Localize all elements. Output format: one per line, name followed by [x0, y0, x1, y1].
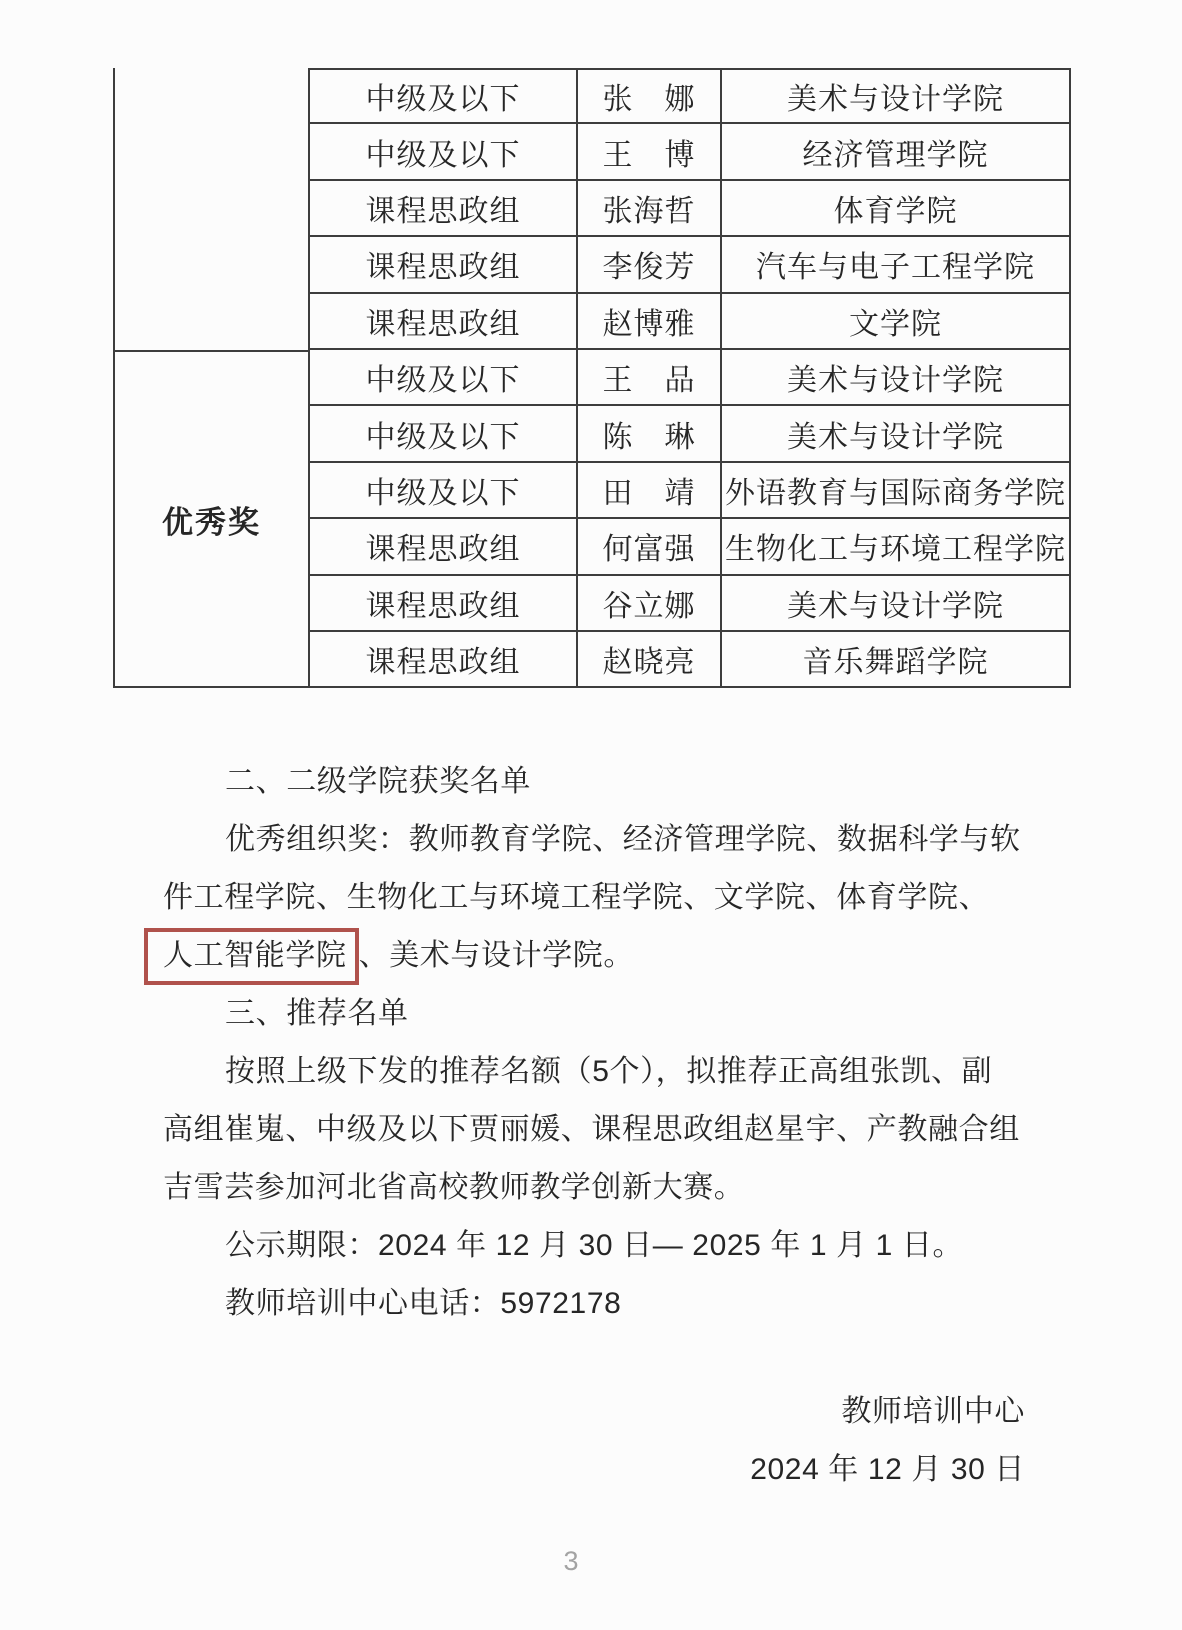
recommend-line-3: 吉雪芸参加河北省高校教师教学创新大赛。 — [163, 1159, 1025, 1217]
group-cell: 中级及以下 — [310, 124, 578, 180]
signature-date: 2024 年 12 月 30 日 — [750, 1441, 1025, 1499]
college-cell: 生物化工与环境工程学院 — [722, 519, 1071, 575]
group-cell: 中级及以下 — [310, 406, 578, 462]
award-category-cell-empty — [113, 68, 310, 350]
org-award-line-1: 优秀组织奖：教师教育学院、经济管理学院、数据科学与软 — [163, 811, 1025, 869]
college-cell: 文学院 — [722, 294, 1071, 350]
award-category-label: 优秀奖 — [162, 497, 261, 542]
name-cell: 赵博雅 — [578, 294, 722, 350]
college-cell: 汽车与电子工程学院 — [722, 237, 1071, 293]
name-cell: 田 靖 — [578, 463, 722, 519]
name-cell: 张 娜 — [578, 68, 722, 124]
phone-line: 教师培训中心电话：5972178 — [163, 1275, 1025, 1333]
highlighted-college-red-box: 人工智能学院 — [144, 928, 359, 985]
group-cell: 课程思政组 — [310, 237, 578, 293]
recommend-line-2: 高组崔嵬、中级及以下贾丽媛、课程思政组赵星宇、产教融合组 — [163, 1101, 1025, 1159]
award-category-cell: 优秀奖 — [113, 350, 310, 688]
name-cell: 陈 琳 — [578, 406, 722, 462]
college-cell: 美术与设计学院 — [722, 350, 1071, 406]
org-award-line-3-rest: 、美术与设计学院。 — [359, 939, 634, 972]
table-row: 中级及以下 张 娜 美术与设计学院 — [310, 68, 1071, 124]
group-cell: 课程思政组 — [310, 294, 578, 350]
table-row: 中级及以下 陈 琳 美术与设计学院 — [310, 406, 1071, 462]
college-cell: 外语教育与国际商务学院 — [722, 463, 1071, 519]
signature-block: 教师培训中心 2024 年 12 月 30 日 — [750, 1383, 1025, 1499]
table-row: 中级及以下 王 博 经济管理学院 — [310, 124, 1071, 180]
award-table: 优秀奖 中级及以下 张 娜 美术与设计学院 中级及以下 王 博 经济管理学院 课… — [113, 68, 1071, 688]
table-row: 课程思政组 谷立娜 美术与设计学院 — [310, 576, 1071, 632]
name-cell: 王 博 — [578, 124, 722, 180]
group-cell: 中级及以下 — [310, 350, 578, 406]
table-row: 中级及以下 田 靖 外语教育与国际商务学院 — [310, 463, 1071, 519]
table-row: 中级及以下 王 品 美术与设计学院 — [310, 350, 1071, 406]
table-row: 课程思政组 赵博雅 文学院 — [310, 294, 1071, 350]
name-cell: 李俊芳 — [578, 237, 722, 293]
name-cell: 何富强 — [578, 519, 722, 575]
table-row: 课程思政组 张海哲 体育学院 — [310, 181, 1071, 237]
college-cell: 经济管理学院 — [722, 124, 1071, 180]
org-award-line-2: 件工程学院、生物化工与环境工程学院、文学院、体育学院、 — [163, 869, 1025, 927]
section-heading-three: 三、推荐名单 — [163, 985, 1025, 1043]
name-cell: 王 品 — [578, 350, 722, 406]
group-cell: 课程思政组 — [310, 632, 578, 688]
publicity-period-line: 公示期限：2024 年 12 月 30 日— 2025 年 1 月 1 日。 — [163, 1217, 1025, 1275]
name-cell: 张海哲 — [578, 181, 722, 237]
group-cell: 中级及以下 — [310, 463, 578, 519]
table-row: 课程思政组 赵晓亮 音乐舞蹈学院 — [310, 632, 1071, 688]
group-cell: 课程思政组 — [310, 576, 578, 632]
college-cell: 音乐舞蹈学院 — [722, 632, 1071, 688]
college-cell: 美术与设计学院 — [722, 406, 1071, 462]
section-heading-two: 二、二级学院获奖名单 — [163, 753, 1025, 811]
document-body: 二、二级学院获奖名单 优秀组织奖：教师教育学院、经济管理学院、数据科学与软 件工… — [163, 753, 1025, 1333]
page-number: 3 — [541, 1546, 601, 1577]
group-cell: 课程思政组 — [310, 519, 578, 575]
recommend-line-1: 按照上级下发的推荐名额（5个），拟推荐正高组张凯、副 — [163, 1043, 1025, 1101]
name-cell: 谷立娜 — [578, 576, 722, 632]
group-cell: 中级及以下 — [310, 68, 578, 124]
college-cell: 美术与设计学院 — [722, 68, 1071, 124]
table-row: 课程思政组 何富强 生物化工与环境工程学院 — [310, 519, 1071, 575]
org-award-line-3: 人工智能学院、美术与设计学院。 — [163, 927, 1025, 985]
table-row: 课程思政组 李俊芳 汽车与电子工程学院 — [310, 237, 1071, 293]
name-cell: 赵晓亮 — [578, 632, 722, 688]
college-cell: 美术与设计学院 — [722, 576, 1071, 632]
college-cell: 体育学院 — [722, 181, 1071, 237]
signature-department: 教师培训中心 — [750, 1383, 1025, 1441]
group-cell: 课程思政组 — [310, 181, 578, 237]
